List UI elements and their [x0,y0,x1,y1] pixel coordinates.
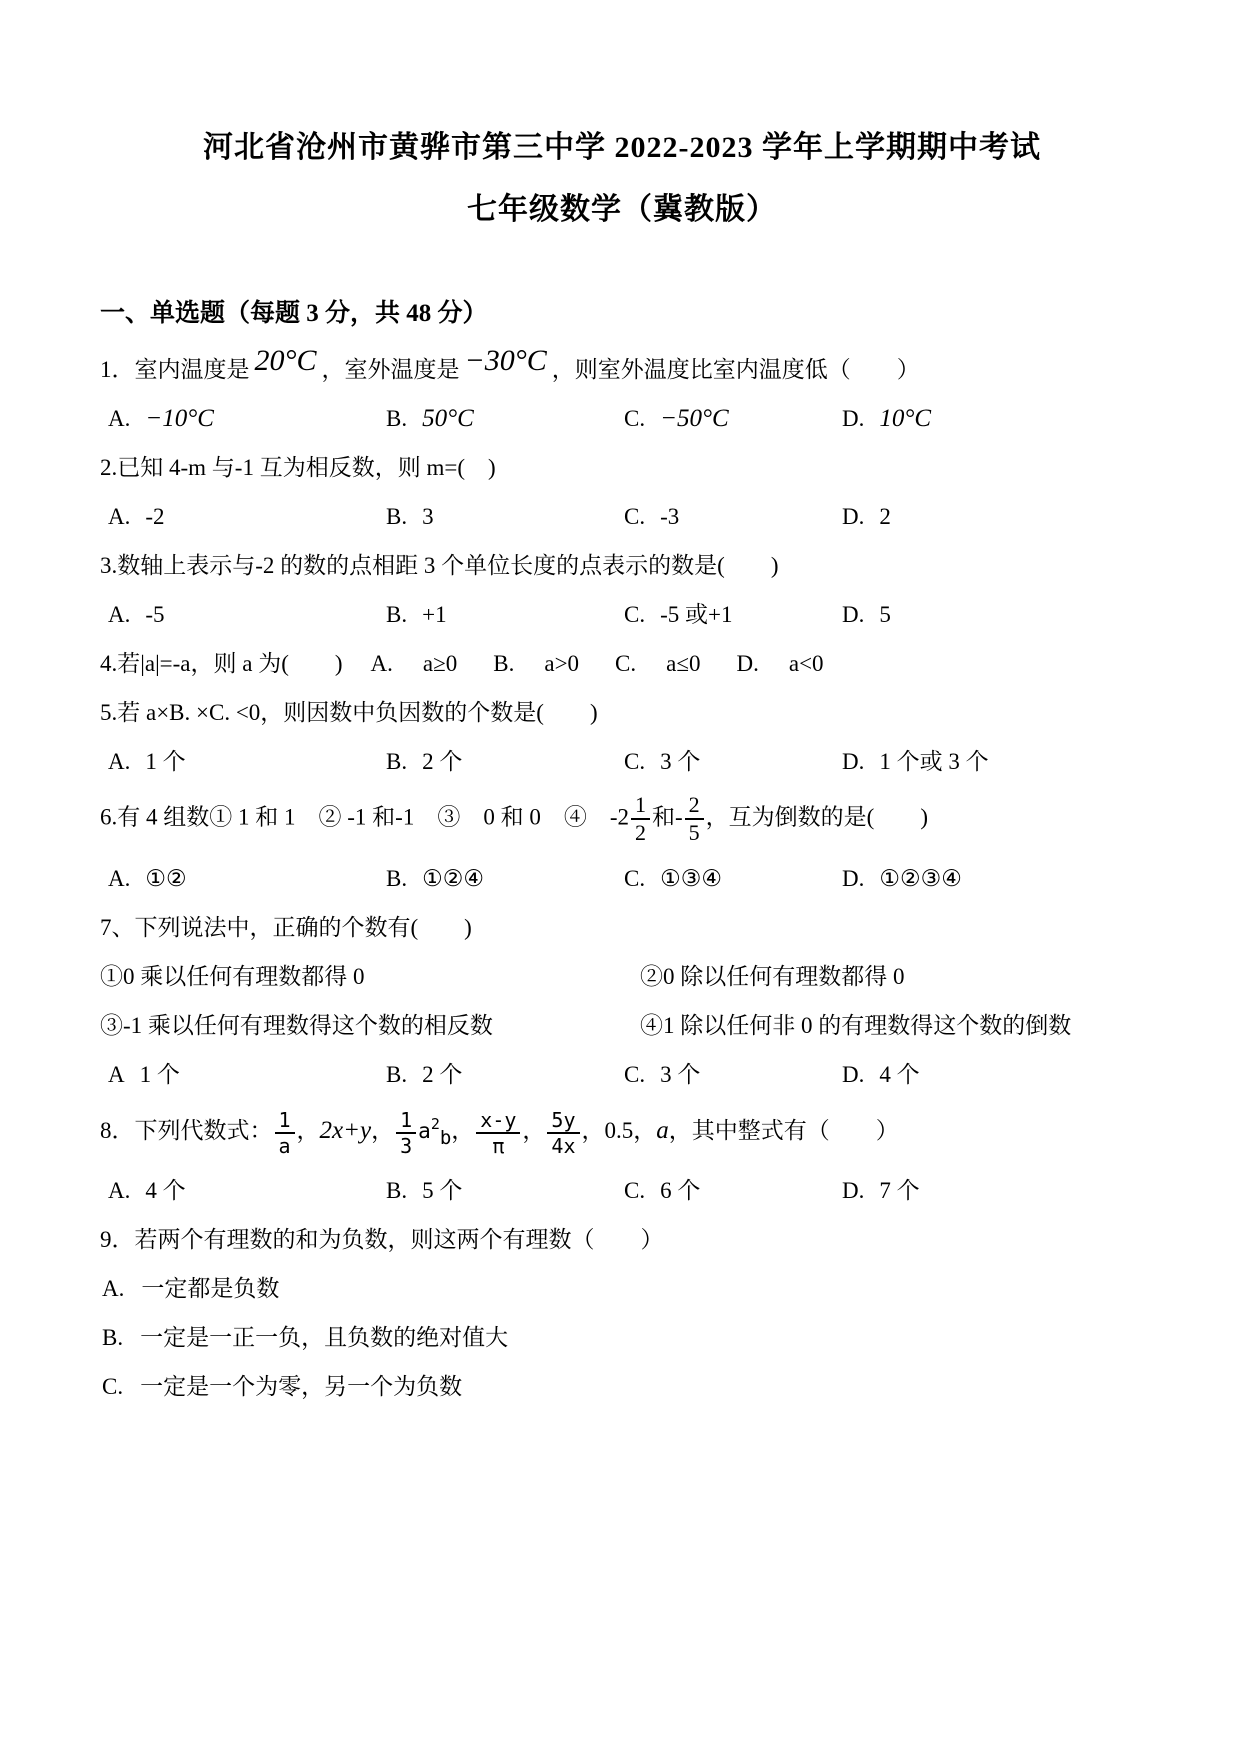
q8-option-b: B.5 个 [386,1173,624,1209]
q6-option-b: B.①②④ [386,861,624,897]
q1-text-pre: 1．室内温度是 [100,357,250,382]
q7-statement-3: ③-1 乘以任何有理数得这个数的相反数 [100,1008,640,1044]
q8-exponent-2: 2 [431,1115,440,1133]
q8-text-pre: 8．下列代数式： [100,1118,273,1143]
q4-option-b: B.a>0 [493,646,579,682]
q6-fraction-two-fifths: 25 [685,793,704,845]
q7-statement-4: ④1 除以任何非 0 的有理数得这个数的倒数 [640,1008,1144,1044]
q2-option-b: B.3 [386,499,624,535]
q8-variable-b: b [440,1127,451,1149]
question-6-stem: 6.有 4 组数① 1 和 1 ② -1 和-1 ③ 0 和 0 ④ -212和… [100,793,1144,845]
question-3-stem: 3.数轴上表示与-2 的数的点相距 3 个单位长度的点表示的数是( ) [100,548,1144,584]
q8-option-a: A.4 个 [108,1173,386,1209]
question-5-options: A.1 个 B.2 个 C.3 个 D.1 个或 3 个 [100,744,1144,780]
q1-text-post: ，则室外温度比室内温度低（ ） [552,357,920,382]
question-7-statements-1-2: ①0 乘以任何有理数都得 0 ②0 除以任何有理数都得 0 [100,959,1144,995]
question-2-stem: 2.已知 4-m 与-1 互为相反数，则 m=( ) [100,450,1144,486]
question-7-stem: 7、下列说法中，正确的个数有( ) [100,910,1144,946]
exam-title-line2: 七年级数学（冀教版） [100,190,1144,230]
q4-text: 4.若|a|=-a，则 a 为( ) [100,651,343,676]
q8-fraction-x-minus-y-over-pi: x-yπ [476,1109,520,1157]
q8-option-c: C.6 个 [624,1173,842,1209]
question-8-stem: 8．下列代数式：1a，2x+y，13a2b，x-yπ，5y4x，0.5，a，其中… [100,1106,1144,1157]
q7-statement-2: ②0 除以任何有理数都得 0 [640,959,1144,995]
q3-option-d: D.5 [842,597,1144,633]
question-3-options: A.-5 B.+1 C.-5 或+1 D.5 [100,597,1144,633]
q2-option-d: D.2 [842,499,1144,535]
q1-option-c: C.−50°C [624,401,842,437]
question-1-stem: 1．室内温度是20°C，室外温度是−30°C，则室外温度比室内温度低（ ） [100,350,1144,388]
q2-option-c: C.-3 [624,499,842,535]
q1-outdoor-temperature: −30°C [465,344,547,377]
q3-option-a: A.-5 [108,597,386,633]
q1-option-d: D.10°C [842,401,1144,437]
q6-fraction-one-half: 12 [631,793,650,845]
exam-page: 河北省沧州市黄骅市第三中学 2022-2023 学年上学期期中考试 七年级数学（… [0,0,1240,1753]
q8-fraction-1-over-a: 1a [275,1109,295,1157]
question-4-options: A.a≥0 B.a>0 C.a≤0 D.a<0 [371,646,824,682]
q3-option-b: B.+1 [386,597,624,633]
q8-expression-2x-plus-y: 2x+y [320,1117,372,1144]
q6-text-pre: 6.有 4 组数① 1 和 1 ② -1 和-1 ③ 0 和 0 ④ -2 [100,804,629,829]
q5-option-b: B.2 个 [386,744,624,780]
q1-indoor-temperature: 20°C [255,344,317,377]
q1-option-a: A.−10°C [108,401,386,437]
question-9-stem: 9．若两个有理数的和为负数，则这两个有理数（ ） [100,1222,1144,1258]
q4-option-a: A.a≥0 [371,646,458,682]
question-7-statements-3-4: ③-1 乘以任何有理数得这个数的相反数 ④1 除以任何非 0 的有理数得这个数的… [100,1008,1144,1044]
question-5-stem: 5.若 a×B. ×C. <0，则因数中负因数的个数是( ) [100,695,1144,731]
q4-option-d: D.a<0 [736,646,823,682]
q9-option-b: B.一定是一正一负，且负数的绝对值大 [100,1320,1144,1356]
q7-option-a: A1 个 [108,1057,386,1093]
q6-text-mid: 和- [652,804,683,829]
question-2-options: A.-2 B.3 C.-3 D.2 [100,499,1144,535]
q9-option-c: C.一定是一个为零，另一个为负数 [100,1369,1144,1405]
q7-option-d: D.4 个 [842,1057,1144,1093]
q5-option-c: C.3 个 [624,744,842,780]
q8-variable-a: a [418,1119,431,1143]
q6-option-d: D.①②③④ [842,861,1144,897]
q3-option-c: C.-5 或+1 [624,597,842,633]
section-heading: 一、单选题（每题 3 分，共 48 分） [100,296,1144,332]
q2-option-a: A.-2 [108,499,386,535]
q1-option-b: B.50°C [386,401,624,437]
q8-fraction-1-over-3: 13 [396,1109,416,1157]
q5-option-d: D.1 个或 3 个 [842,744,1144,780]
question-6-options: A.①② B.①②④ C.①③④ D.①②③④ [100,861,1144,897]
exam-title-line1: 河北省沧州市黄骅市第三中学 2022-2023 学年上学期期中考试 [100,128,1144,168]
q7-option-b: B.2 个 [386,1057,624,1093]
q6-option-c: C.①③④ [624,861,842,897]
q5-option-a: A.1 个 [108,744,386,780]
question-1-options: A.−10°C B.50°C C.−50°C D.10°C [100,401,1144,437]
q4-option-c: C.a≤0 [615,646,700,682]
q6-option-a: A.①② [108,861,386,897]
q1-text-mid: ，室外温度是 [322,357,460,382]
q7-option-c: C.3 个 [624,1057,842,1093]
question-8-options: A.4 个 B.5 个 C.6 个 D.7 个 [100,1173,1144,1209]
q9-option-a: A.一定都是负数 [100,1271,1144,1307]
q7-statement-1: ①0 乘以任何有理数都得 0 [100,959,640,995]
q8-option-d: D.7 个 [842,1173,1144,1209]
q6-text-post: ，互为倒数的是( ) [706,804,928,829]
question-7-options: A1 个 B.2 个 C.3 个 D.4 个 [100,1057,1144,1093]
question-4-stem: 4.若|a|=-a，则 a 为( ) A.a≥0 B.a>0 C.a≤0 D.a… [100,646,1144,682]
q8-fraction-5y-over-4x: 5y4x [547,1109,579,1157]
q8-variable-a-italic: a [656,1117,669,1144]
